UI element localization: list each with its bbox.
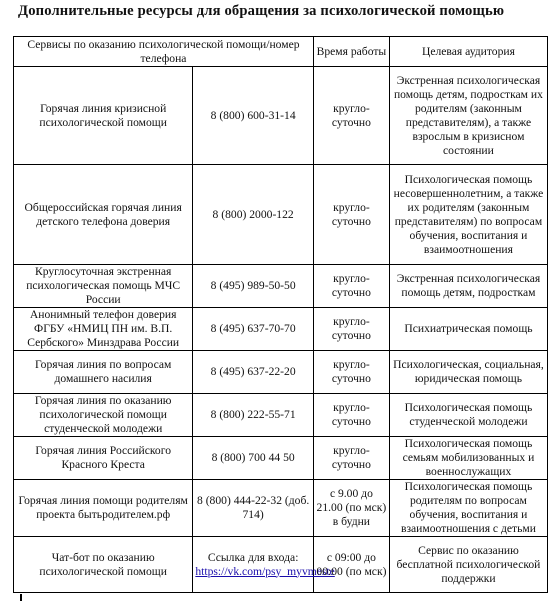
cell-service: Горячая линия по оказанию психологическо…: [14, 394, 193, 437]
page-title: Дополнительные ресурсы для обращения за …: [18, 3, 504, 20]
cell-phone: 8 (800) 222-55-71: [193, 394, 314, 437]
text-cursor: [20, 594, 22, 601]
table-row: Горячая линия кризисной психологической …: [14, 67, 548, 165]
cell-phone: 8 (800) 2000-122: [193, 165, 314, 265]
cell-time: кругло-суточно: [313, 67, 389, 165]
cell-time: кругло-суточно: [313, 265, 389, 308]
table-row: Горячая линия Российского Красного Крест…: [14, 437, 548, 480]
cell-service: Горячая линия по вопросам домашнего наси…: [14, 351, 193, 394]
cell-audience: Экстренная психологическая помощь детям,…: [389, 67, 547, 165]
cell-service: Горячая линия Российского Красного Крест…: [14, 437, 193, 480]
cell-time: кругло-суточно: [313, 308, 389, 351]
table-row-chatbot: Чат-бот по оказанию психологической помо…: [14, 537, 548, 593]
cell-service: Чат-бот по оказанию психологической помо…: [14, 537, 193, 593]
link-label: Ссылка для входа:: [208, 551, 299, 564]
cell-phone: 8 (495) 989-50-50: [193, 265, 314, 308]
cell-phone: 8 (800) 600-31-14: [193, 67, 314, 165]
cell-time: кругло-суточно: [313, 351, 389, 394]
cell-time: с 9.00 до 21.00 (по мск) в будни: [313, 480, 389, 537]
header-service: Сервисы по оказанию психологической помо…: [14, 37, 314, 67]
table-row: Горячая линия по вопросам домашнего наси…: [14, 351, 548, 394]
cell-service: Горячая линия кризисной психологической …: [14, 67, 193, 165]
cell-audience: Психологическая помощь родителям по вопр…: [389, 480, 547, 537]
cell-phone: 8 (800) 444-22-32 (доб. 714): [193, 480, 314, 537]
cell-audience: Психиатрическая помощь: [389, 308, 547, 351]
cell-service: Горячая линия помощи родителям проекта б…: [14, 480, 193, 537]
header-time: Время работы: [313, 37, 389, 67]
cell-service: Анонимный телефон доверия ФГБУ «НМИЦ ПН …: [14, 308, 193, 351]
cell-time: кругло-суточно: [313, 437, 389, 480]
resources-table: Сервисы по оказанию психологической помо…: [13, 36, 548, 593]
table-row: Горячая линия по оказанию психологическо…: [14, 394, 548, 437]
cell-time: с 09:00 до 00:00 (по мск): [313, 537, 389, 593]
table-row: Круглосуточная экстренная психологическа…: [14, 265, 548, 308]
table-row: Анонимный телефон доверия ФГБУ «НМИЦ ПН …: [14, 308, 548, 351]
cell-audience: Психологическая помощь студенческой моло…: [389, 394, 547, 437]
cell-audience: Сервис по оказанию бесплатной психологич…: [389, 537, 547, 593]
cell-audience: Психологическая помощь несовершеннолетни…: [389, 165, 547, 265]
cell-time: кругло-суточно: [313, 165, 389, 265]
cell-time: кругло-суточно: [313, 394, 389, 437]
cell-phone: 8 (495) 637-22-20: [193, 351, 314, 394]
cell-phone: 8 (495) 637-70-70: [193, 308, 314, 351]
cell-service: Общероссийская горячая линия детского те…: [14, 165, 193, 265]
cell-audience: Экстренная психологическая помощь детям,…: [389, 265, 547, 308]
table-header-row: Сервисы по оказанию психологической помо…: [14, 37, 548, 67]
chatbot-link[interactable]: https://vk.com/psy_myvmeste: [195, 565, 334, 578]
cell-service: Круглосуточная экстренная психологическа…: [14, 265, 193, 308]
cell-link: Ссылка для входа: https://vk.com/psy_myv…: [193, 537, 314, 593]
header-audience: Целевая аудитория: [389, 37, 547, 67]
cell-phone: 8 (800) 700 44 50: [193, 437, 314, 480]
cell-audience: Психологическая, социальная, юридическая…: [389, 351, 547, 394]
cell-audience: Психологическая помощь семьям мобилизова…: [389, 437, 547, 480]
table-row: Общероссийская горячая линия детского те…: [14, 165, 548, 265]
table-row: Горячая линия помощи родителям проекта б…: [14, 480, 548, 537]
